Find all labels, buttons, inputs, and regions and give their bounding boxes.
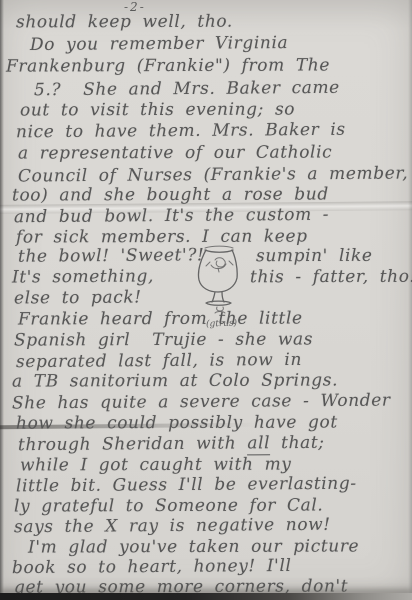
handwritten-line: through Sheridan with all that; bbox=[18, 433, 325, 455]
handwritten-line: little bit. Guess I'll be everlasting- bbox=[16, 474, 357, 497]
handwritten-line: She has quite a severe case - Wonder bbox=[12, 391, 391, 414]
handwritten-line: 5.? She and Mrs. Baker came bbox=[34, 78, 340, 100]
handwritten-line: Frankenburg (Frankie") from The bbox=[6, 55, 330, 76]
page-left-edge-shadow bbox=[0, 0, 4, 600]
handwritten-line: says the X ray is negative now! bbox=[14, 515, 331, 537]
handwritten-line: ly grateful to Someone for Cal. bbox=[14, 495, 323, 516]
line-segment: through Sheridan with bbox=[18, 433, 247, 455]
handwritten-line: and bud bowl. It's the custom - bbox=[14, 205, 329, 227]
handwritten-line: while I got caught with my bbox=[20, 455, 292, 476]
handwritten-line: Council of Nurses (Frankie's a member, bbox=[18, 163, 408, 186]
handwritten-line: I'm glad you've taken our picture bbox=[28, 536, 359, 557]
handwritten-line: sumpin' like bbox=[256, 246, 373, 266]
handwritten-line: Spanish girl Trujie - she was bbox=[14, 329, 313, 350]
rose-bowl-sketch bbox=[191, 241, 249, 315]
handwritten-line: separated last fall, is now in bbox=[16, 350, 302, 372]
handwritten-line: else to pack! bbox=[14, 287, 142, 308]
letter-page: -2- should keep well, tho. Do you rememb… bbox=[0, 0, 412, 600]
interlinear-annotation: (gtrus) bbox=[206, 318, 237, 329]
handwritten-line: too) and she bought a rose bud bbox=[12, 184, 329, 205]
underlined-word: all bbox=[247, 433, 270, 455]
handwritten-line: the bowl! 'Sweet'?! bbox=[18, 245, 205, 266]
handwritten-line: book so to heart, honey! I'll bbox=[12, 556, 292, 578]
handwritten-line: Frankie heard from the little bbox=[18, 309, 303, 330]
handwritten-line: for sick members. I can keep bbox=[16, 226, 308, 247]
handwritten-line: how she could possibly have got bbox=[16, 412, 338, 433]
handwritten-line: It's something, bbox=[12, 266, 154, 287]
handwritten-line: nice to have them. Mrs. Baker is bbox=[16, 120, 346, 143]
handwritten-line: a representative of our Catholic bbox=[18, 142, 332, 163]
handwritten-line: this - fatter, tho! bbox=[250, 267, 412, 288]
handwritten-line: Do you remember Virginia bbox=[30, 33, 288, 55]
page-right-edge-shadow bbox=[408, 0, 412, 600]
handwritten-line: should keep well, tho. bbox=[16, 12, 233, 33]
scan-bottom-edge bbox=[0, 593, 412, 600]
handwritten-line: out to visit this evening; so bbox=[20, 100, 295, 121]
line-segment: that; bbox=[270, 433, 325, 453]
handwritten-line: a TB sanitorium at Colo Springs. bbox=[12, 370, 338, 391]
